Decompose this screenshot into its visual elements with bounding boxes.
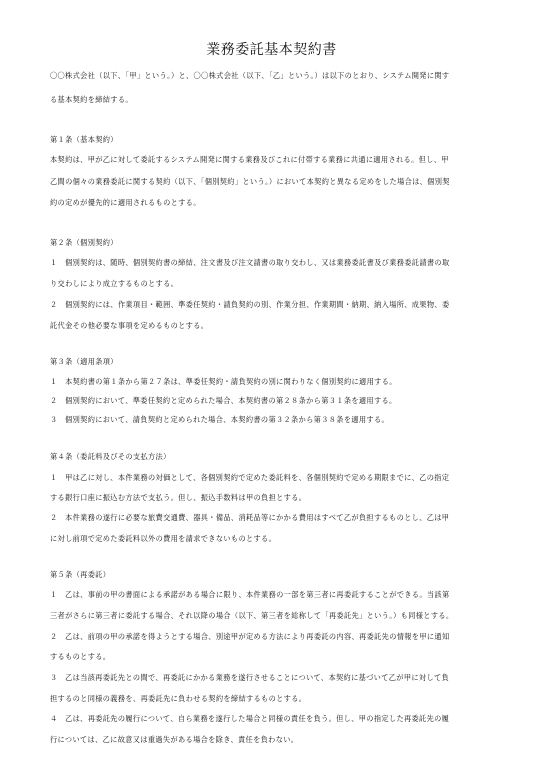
article-line: に対し前項で定めた委託料以外の費用を請求できないものとする。 [50, 534, 276, 544]
article-line: するものとする。 [50, 652, 110, 662]
document-page: 業務委託基本契約書 〇〇株式会社（以下、「甲」という。）と、〇〇株式会社（以下、… [0, 0, 543, 759]
article-heading: 第４条（委託料及びその支払方法） [50, 452, 171, 462]
article-line: 約の定めが優先的に適用されるものとする。 [50, 198, 201, 208]
article-line: ２ 乙は、前項の甲の承諾を得ようとする場合、別途甲が定める方法により再委託の内容… [50, 632, 450, 642]
article-line: ２ 本件業務の遂行に必要な旅費交通費、器具・備品、消耗品等にかかる費用はすべて乙… [50, 513, 449, 523]
preamble-line: る基本契約を締結する。 [50, 95, 133, 105]
article-line: ４ 乙は、再委託先の履行について、自ら業務を遂行した場合と同様の責任を負う。但し… [50, 714, 449, 724]
article-line: ２ 個別契約において、準委任契約と定められた場合、本契約書の第２８条から第３１条… [50, 396, 397, 406]
article-line: ３ 個別契約において、請負契約と定められた場合、本契約書の第３２条から第３８条を… [50, 415, 389, 425]
article-heading: 第３条（適用条項） [50, 357, 118, 367]
article-line: 乙間の個々の業務委託に関する契約（以下、「個別契約」という。）において本契約と異… [50, 177, 450, 187]
article-line: 三者がさらに第三者に委託する場合、それ以降の場合（以下、第三者を総称して「再委託… [50, 611, 453, 621]
article-heading: 第２条（個別契約） [50, 238, 118, 248]
preamble-line: 〇〇株式会社（以下、「甲」という。）と、〇〇株式会社（以下、「乙」という。）は以… [50, 71, 449, 81]
article-heading: 第１条（基本契約） [50, 135, 118, 145]
article-line: 託代金その他必要な事項を定めるものとする。 [50, 321, 208, 331]
article-line: 本契約は、甲が乙に対して委託するシステム開発に関する業務及びこれに付帯する業務に… [50, 155, 449, 165]
article-line: ２ 個別契約には、作業項目・範囲、準委任契約・請負契約の別、作業分担、作業期間・… [50, 300, 450, 310]
article-line: 担するのと同様の義務を、再委託先に負わせる契約を締結するものとする。 [50, 694, 306, 704]
article-line: する銀行口座に振込む方法で支払う。但し、振込手数料は甲の負担とする。 [50, 493, 306, 503]
document-title: 業務委託基本契約書 [0, 39, 543, 59]
article-line: り交わしにより成立するものとする。 [50, 279, 178, 289]
article-line: １ 乙は、事前の甲の書面による承諾がある場合に限り、本件業務の一部を第三者に再委… [50, 590, 450, 600]
article-line: 行については、乙に故意又は重過失がある場合を除き、責任を負わない。 [50, 735, 298, 745]
article-line: １ 甲は乙に対し、本件業務の対価として、各個別契約で定めた委託料を、各個別契約で… [50, 473, 449, 483]
article-line: ３ 乙は当該再委託先との間で、再委託にかかる業務を遂行させることについて、本契約… [50, 673, 449, 683]
article-line: １ 本契約書の第１条から第２７条は、準委任契約・請負契約の別に関わりなく個別契約… [50, 377, 397, 387]
article-heading: 第５条（再委託） [50, 570, 110, 580]
article-line: １ 個別契約は、随時、個別契約書の締結、注文書及び注文請書の取り交わし、又は業務… [50, 258, 450, 268]
